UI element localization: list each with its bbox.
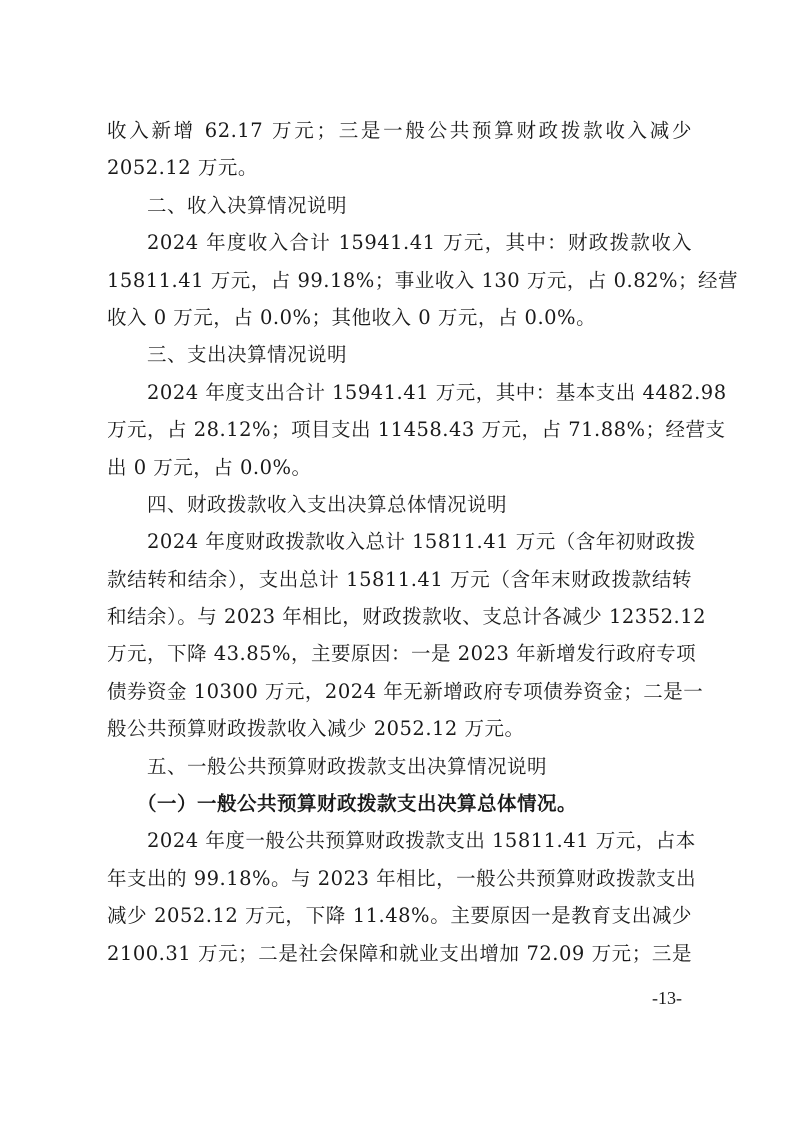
- section-heading-expenditure: 三、支出决算情况说明: [107, 336, 692, 373]
- section-heading-general-budget: 五、一般公共预算财政拨款支出决算情况说明: [107, 748, 692, 785]
- paragraph-line: 2100.31 万元；二是社会保障和就业支出增加 72.09 万元；三是: [107, 935, 692, 972]
- paragraph-line: 般公共预算财政拨款收入减少 2052.12 万元。: [107, 710, 692, 747]
- paragraph-line: 15811.41 万元，占 99.18%；事业收入 130 万元，占 0.82%…: [107, 262, 692, 299]
- paragraph-line: 万元，占 28.12%；项目支出 11458.43 万元，占 71.88%；经营…: [107, 411, 692, 448]
- paragraph-line: 2052.12 万元。: [107, 149, 692, 186]
- paragraph-line: 出 0 万元，占 0.0%。: [107, 449, 692, 486]
- paragraph-line: 2024 年度收入合计 15941.41 万元，其中：财政拨款收入: [107, 224, 692, 261]
- paragraph-line: 2024 年度支出合计 15941.41 万元，其中：基本支出 4482.98: [107, 374, 692, 411]
- section-heading-income: 二、收入决算情况说明: [107, 187, 692, 224]
- paragraph-line: 收入 0 万元，占 0.0%；其他收入 0 万元，占 0.0%。: [107, 299, 692, 336]
- body-text: 收入新增 62.17 万元；三是一般公共预算财政拨款收入减少 2052.12 万…: [107, 112, 692, 972]
- paragraph-line: 年支出的 99.18%。与 2023 年相比，一般公共预算财政拨款支出: [107, 860, 692, 897]
- section-heading-fiscal-appropriation: 四、财政拨款收入支出决算总体情况说明: [107, 486, 692, 523]
- paragraph-line: 2024 年度财政拨款收入总计 15811.41 万元（含年初财政拨: [107, 523, 692, 560]
- subsection-heading-overview: （一）一般公共预算财政拨款支出决算总体情况。: [107, 785, 692, 822]
- document-page: 收入新增 62.17 万元；三是一般公共预算财政拨款收入减少 2052.12 万…: [0, 0, 793, 1122]
- paragraph-line: 收入新增 62.17 万元；三是一般公共预算财政拨款收入减少: [107, 112, 692, 149]
- paragraph-line: 债券资金 10300 万元，2024 年无新增政府专项债券资金；二是一: [107, 673, 692, 710]
- paragraph-line: 减少 2052.12 万元，下降 11.48%。主要原因一是教育支出减少: [107, 897, 692, 934]
- paragraph-line: 和结余）。与 2023 年相比，财政拨款收、支总计各减少 12352.12: [107, 598, 692, 635]
- page-number: -13-: [652, 988, 682, 1009]
- paragraph-line: 2024 年度一般公共预算财政拨款支出 15811.41 万元，占本: [107, 822, 692, 859]
- paragraph-line: 款结转和结余），支出总计 15811.41 万元（含年末财政拨款结转: [107, 561, 692, 598]
- paragraph-line: 万元，下降 43.85%，主要原因：一是 2023 年新增发行政府专项: [107, 635, 692, 672]
